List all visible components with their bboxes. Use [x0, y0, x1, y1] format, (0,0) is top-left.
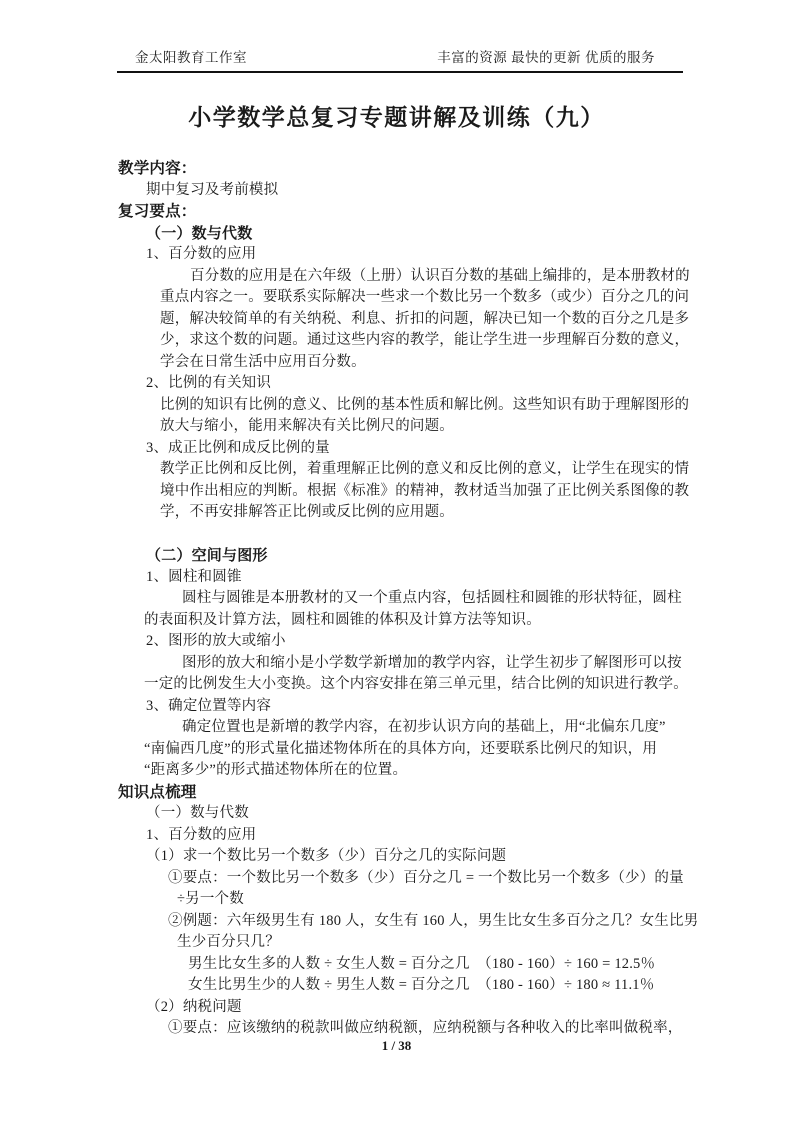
text-line: 少，求这个数的问题。通过这些内容的教学，能让学生进一步理解百分数的意义， [118, 330, 698, 352]
text-line: （一）数与代数 [118, 803, 698, 825]
text-line: 教学正比例和反比例，着重理解正比例的意义和反比例的意义，让学生在现实的情 [118, 459, 698, 481]
text-line: 圆柱与圆锥是本册教材的又一个重点内容，包括圆柱和圆锥的形状特征，圆柱 [118, 588, 698, 610]
text-line: 比例的知识有比例的意义、比例的基本性质和解比例。这些知识有助于理解图形的 [118, 395, 698, 417]
document-body: 教学内容：期中复习及考前模拟复习要点：（一）数与代数1、百分数的应用百分数的应用… [118, 158, 698, 1040]
header-company: 金太阳教育工作室 [135, 49, 247, 67]
text-line: 的表面积及计算方法，圆柱和圆锥的体积及计算方法等知识。 [118, 610, 698, 632]
text-line: “南偏西几度”的形式量化描述物体所在的具体方向，还要联系比例尺的知识，用 [118, 739, 698, 761]
text-line: 境中作出相应的判断。根据《标准》的精神，教材适当加强了正比例关系图像的教 [118, 481, 698, 503]
text-line: 重点内容之一。要联系实际解决一些求一个数比另一个数多（或少）百分之几的问 [118, 287, 698, 309]
text-line: （二）空间与图形 [118, 545, 698, 567]
text-line: 期中复习及考前模拟 [118, 180, 698, 202]
text-line: 百分数的应用是在六年级（上册）认识百分数的基础上编排的，是本册教材的 [118, 266, 698, 288]
text-line: 生少百分只几？ [118, 932, 698, 954]
text-line: 图形的放大和缩小是小学数学新增加的教学内容，让学生初步了解图形可以按 [118, 653, 698, 675]
text-line: 1、百分数的应用 [118, 244, 698, 266]
text-line: 学会在日常生活中应用百分数。 [118, 352, 698, 374]
text-line: ②例题：六年级男生有 180 人，女生有 160 人，男生比女生多百分之几？女生… [118, 911, 698, 933]
header-slogan: 丰富的资源 最快的更新 优质的服务 [437, 49, 655, 67]
text-line: 男生比女生多的人数 ÷ 女生人数 = 百分之几 （180 - 160）÷ 160… [118, 954, 698, 976]
text-line: 一定的比例发生大小变换。这个内容安排在第三单元里，结合比例的知识进行教学。 [118, 674, 698, 696]
text-line: 复习要点： [118, 201, 698, 223]
text-line: 教学内容： [118, 158, 698, 180]
text-line: 3、成正比例和成反比例的量 [118, 438, 698, 460]
text-line: 3、确定位置等内容 [118, 696, 698, 718]
page-title: 小学数学总复习专题讲解及训练（九） [0, 99, 793, 132]
page-number: 1 / 38 [0, 1038, 793, 1054]
text-line: 放大与缩小，能用来解决有关比例尺的问题。 [118, 416, 698, 438]
text-line: 2、比例的有关知识 [118, 373, 698, 395]
text-line: （一）数与代数 [118, 223, 698, 245]
text-line: “距离多少”的形式描述物体所在的位置。 [118, 760, 698, 782]
text-line: 学，不再安排解答正比例或反比例的应用题。 [118, 502, 698, 524]
text-line: 1、百分数的应用 [118, 825, 698, 847]
text-line: 确定位置也是新增的教学内容，在初步认识方向的基础上，用“北偏东几度” [118, 717, 698, 739]
text-line: 知识点梳理 [118, 782, 698, 804]
text-line: 1、圆柱和圆锥 [118, 567, 698, 589]
text-line: ÷另一个数 [118, 889, 698, 911]
text-line [118, 524, 698, 546]
text-line: 题，解决较简单的有关纳税、利息、折扣的问题，解决已知一个数的百分之几是多 [118, 309, 698, 331]
text-line: ①要点：一个数比另一个数多（少）百分之几 = 一个数比另一个数多（少）的量 [118, 868, 698, 890]
text-line: （1）求一个数比另一个数多（少）百分之几的实际问题 [118, 846, 698, 868]
text-line: ①要点：应该缴纳的税款叫做应纳税额，应纳税额与各种收入的比率叫做税率， [118, 1018, 698, 1040]
document-page: 金太阳教育工作室 丰富的资源 最快的更新 优质的服务 小学数学总复习专题讲解及训… [0, 0, 793, 1122]
text-line: 2、图形的放大或缩小 [118, 631, 698, 653]
text-line: （2）纳税问题 [118, 997, 698, 1019]
header-rule [117, 71, 683, 73]
text-line: 女生比男生少的人数 ÷ 男生人数 = 百分之几 （180 - 160）÷ 180… [118, 975, 698, 997]
